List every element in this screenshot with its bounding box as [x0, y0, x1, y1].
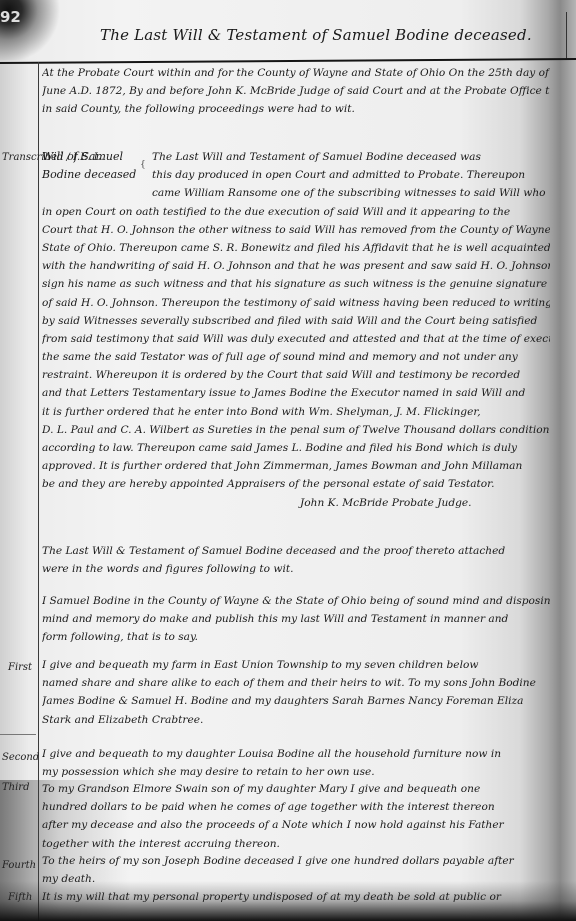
margin-line	[38, 62, 39, 921]
header-right-rule	[566, 12, 567, 60]
text-line: At the Probate Court within and for the …	[42, 64, 550, 82]
page-bottom-shadow	[0, 881, 576, 921]
text-line: in open Court on oath testified to the d…	[42, 203, 550, 221]
text-line: named share and share alike to each of t…	[42, 674, 550, 692]
will-clause-second: I give and bequeath to my daughter Louis…	[42, 745, 550, 781]
margin-rule	[0, 734, 36, 735]
proceedings-body: The Last Will and Testament of Samuel Bo…	[42, 148, 550, 512]
text-line: restraint. Whereupon it is ordered by th…	[42, 366, 550, 384]
text-line: mind and memory do make and publish this…	[42, 610, 550, 628]
text-line: I give and bequeath my farm in East Unio…	[42, 656, 550, 674]
margin-note-third: Third	[2, 782, 30, 793]
text-line: Stark and Elizabeth Crabtree.	[42, 711, 550, 729]
text-line: according to law. Thereupon came said Ja…	[42, 439, 550, 457]
judge-signature: John K. McBride Probate Judge.	[42, 494, 550, 512]
text-line: it is further ordered that he enter into…	[42, 403, 550, 421]
page-number: 92	[0, 8, 21, 26]
margin-note-second: Second	[2, 752, 39, 763]
margin-note-fourth: Fourth	[2, 860, 36, 871]
text-line: of said H. O. Johnson. Thereupon the tes…	[42, 294, 550, 312]
text-line: my possession which she may desire to re…	[42, 763, 550, 781]
text-line: D. L. Paul and C. A. Wilbert as Sureties…	[42, 421, 550, 439]
text-line: I Samuel Bodine in the County of Wayne &…	[42, 592, 550, 610]
text-line: came William Ransome one of the subscrib…	[42, 184, 550, 202]
text-line: The Last Will & Testament of Samuel Bodi…	[42, 542, 550, 560]
text-line: To the heirs of my son Joseph Bodine dec…	[42, 852, 550, 870]
text-line: were in the words and figures following …	[42, 560, 550, 578]
text-line: hundred dollars to be paid when he comes…	[42, 798, 550, 816]
text-line: by said Witnesses severally subscribed a…	[42, 312, 550, 330]
text-line: with the handwriting of said H. O. Johns…	[42, 257, 550, 275]
text-line: in said County, the following proceeding…	[42, 100, 550, 118]
text-line: form following, that is to say.	[42, 628, 550, 646]
text-line: To my Grandson Elmore Swain son of my da…	[42, 780, 550, 798]
text-line: I give and bequeath to my daughter Louis…	[42, 745, 550, 763]
text-line: and that Letters Testamentary issue to J…	[42, 384, 550, 402]
text-line: the same the said Testator was of full a…	[42, 348, 550, 366]
text-line: sign his name as such witness and that h…	[42, 275, 550, 293]
text-line: this day produced in open Court and admi…	[42, 166, 550, 184]
text-line: June A.D. 1872, By and before John K. Mc…	[42, 82, 550, 100]
text-line: after my decease and also the proceeds o…	[42, 816, 550, 834]
recording-note: The Last Will & Testament of Samuel Bodi…	[42, 542, 550, 578]
text-line: Court that H. O. Johnson the other witne…	[42, 221, 550, 239]
will-clause-third: To my Grandson Elmore Swain son of my da…	[42, 780, 550, 853]
will-preamble: I Samuel Bodine in the County of Wayne &…	[42, 592, 550, 647]
text-line: approved. It is further ordered that Joh…	[42, 457, 550, 475]
proceedings-intro: At the Probate Court within and for the …	[42, 64, 550, 119]
text-line: together with the interest accruing ther…	[42, 835, 550, 853]
document-title: The Last Will & Testament of Samuel Bodi…	[100, 26, 540, 44]
text-line: James Bodine & Samuel H. Bodine and my d…	[42, 692, 550, 710]
will-clause-first: I give and bequeath my farm in East Unio…	[42, 656, 550, 729]
text-line: State of Ohio. Thereupon came S. R. Bone…	[42, 239, 550, 257]
text-line: be and they are hereby appointed Apprais…	[42, 475, 550, 493]
text-line: from said testimony that said Will was d…	[42, 330, 550, 348]
document-page: 92 The Last Will & Testament of Samuel B…	[0, 0, 576, 921]
margin-note-first: First	[8, 662, 32, 673]
text-line: The Last Will and Testament of Samuel Bo…	[42, 148, 550, 166]
